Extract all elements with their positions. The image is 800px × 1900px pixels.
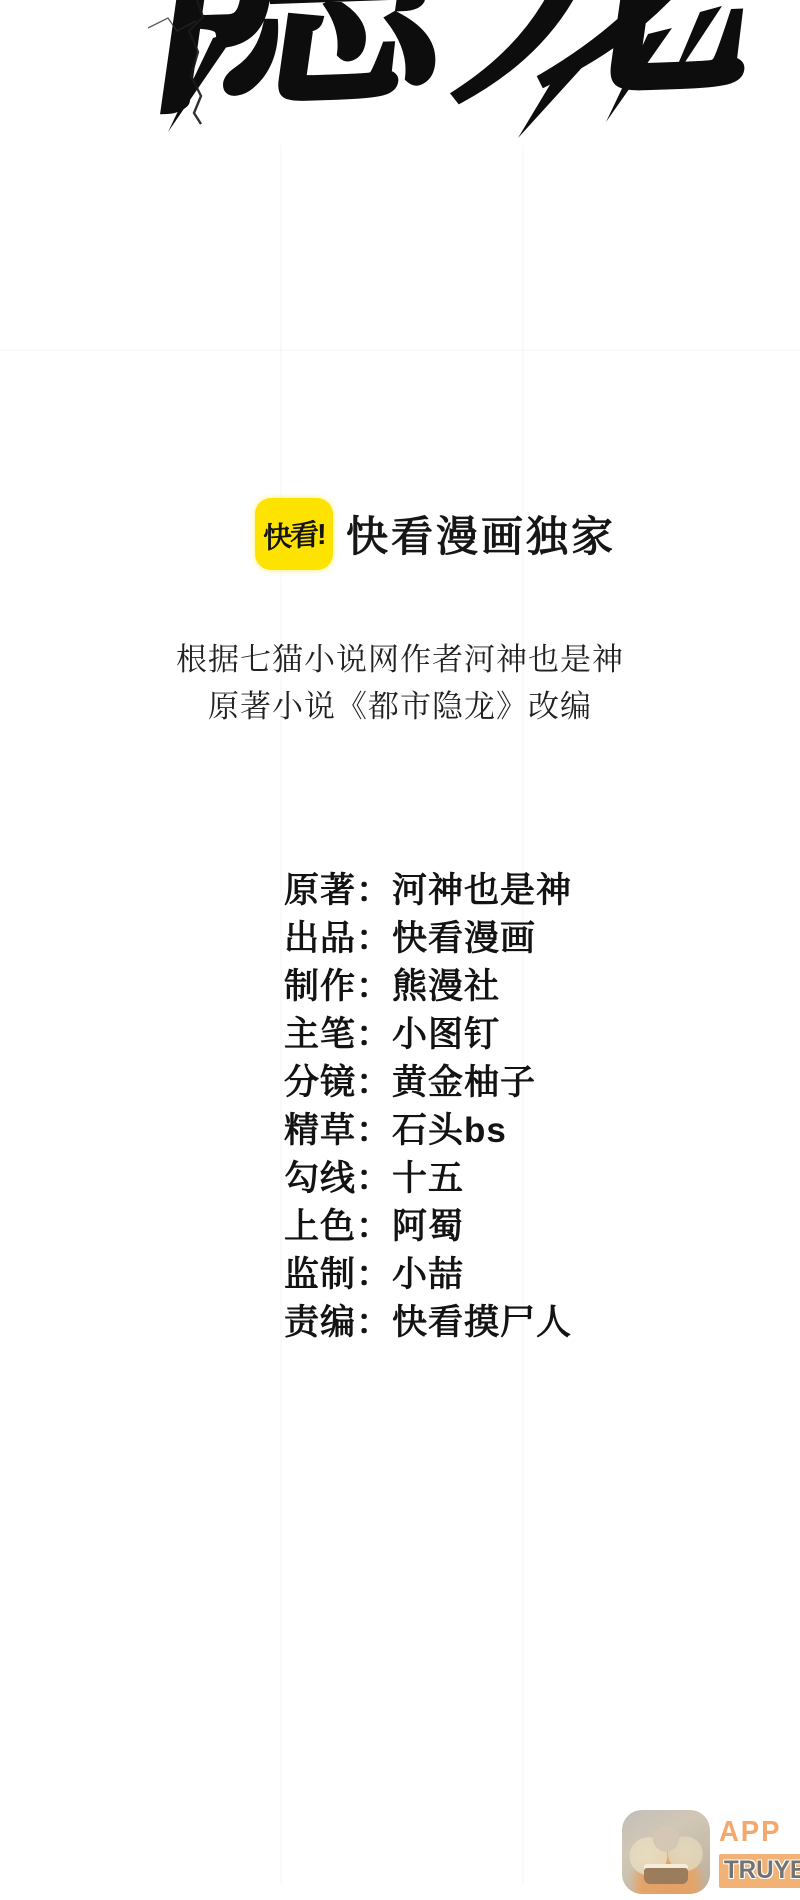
credit-name: 小喆 xyxy=(392,1251,464,1299)
series-logo: 隐龙 xyxy=(0,0,800,150)
credit-name: 小图钉 xyxy=(392,1011,500,1059)
credit-name: 阿蜀 xyxy=(392,1203,464,1251)
credit-role: 出品： xyxy=(284,915,392,963)
book-icon xyxy=(644,1868,688,1884)
credit-name: 黄金柚子 xyxy=(392,1059,536,1107)
adaptation-line2: 原著小说《都市隐龙》改编 xyxy=(0,683,800,730)
ghost-panel-seam xyxy=(0,349,800,351)
credits-list: 原著：河神也是神 出品：快看漫画 制作：熊漫社 主笔：小图钉 分镜：黄金柚子 精… xyxy=(284,867,572,1347)
credit-name: 快看摸尸人 xyxy=(392,1299,572,1347)
credit-name: 河神也是神 xyxy=(392,867,572,915)
credit-row-lineart: 勾线：十五 xyxy=(284,1155,572,1203)
credit-name: 十五 xyxy=(392,1155,464,1203)
watermark-text-block: APP TRUYEN xyxy=(719,1816,800,1888)
credits-page: 隐龙 快看! 快看漫画独家 根据七猫小说网作者河神也是神 原著小说《都市隐龙》改… xyxy=(0,0,800,1900)
adaptation-note: 根据七猫小说网作者河神也是神 原著小说《都市隐龙》改编 xyxy=(0,636,800,730)
credit-role: 精草： xyxy=(284,1107,392,1155)
credit-name: 快看漫画 xyxy=(392,915,536,963)
watermark-app-text: APP xyxy=(719,1816,781,1849)
crack-line-graphic xyxy=(0,0,800,150)
credit-row-studio: 制作：熊漫社 xyxy=(284,963,572,1011)
kuaikan-logo-icon: 快看! xyxy=(255,498,333,570)
credit-row-editor: 责编：快看摸尸人 xyxy=(284,1299,572,1347)
credit-row-original-author: 原著：河神也是神 xyxy=(284,867,572,915)
credit-role: 监制： xyxy=(284,1251,392,1299)
credit-row-lead-artist: 主笔：小图钉 xyxy=(284,1011,572,1059)
credit-role: 原著： xyxy=(284,867,392,915)
credit-row-supervisor: 监制：小喆 xyxy=(284,1251,572,1299)
publisher-row: 快看! 快看漫画独家 xyxy=(255,498,616,570)
credit-role: 上色： xyxy=(284,1203,392,1251)
credit-row-rough-draft: 精草：石头bs xyxy=(284,1107,572,1155)
app-truyen-logo-image xyxy=(622,1810,710,1894)
app-truyen-watermark[interactable]: APP TRUYEN xyxy=(622,1810,800,1894)
credit-role: 分镜： xyxy=(284,1059,392,1107)
credit-role: 主笔： xyxy=(284,1011,392,1059)
publisher-exclusive-label: 快看漫画独家 xyxy=(346,504,616,564)
credit-name: 熊漫社 xyxy=(392,963,500,1011)
credit-name: 石头bs xyxy=(392,1107,507,1155)
credit-row-coloring: 上色：阿蜀 xyxy=(284,1203,572,1251)
credit-role: 勾线： xyxy=(284,1155,392,1203)
credit-role: 责编： xyxy=(284,1299,392,1347)
kuaikan-badge-text: 快看! xyxy=(263,511,325,556)
ghost-panel-edge-left xyxy=(280,145,282,1885)
adaptation-line1: 根据七猫小说网作者河神也是神 xyxy=(0,636,800,683)
watermark-truyen-text: TRUYEN xyxy=(719,1854,800,1888)
credit-role: 制作： xyxy=(284,963,392,1011)
credit-row-storyboard: 分镜：黄金柚子 xyxy=(284,1059,572,1107)
credit-row-producer: 出品：快看漫画 xyxy=(284,915,572,963)
